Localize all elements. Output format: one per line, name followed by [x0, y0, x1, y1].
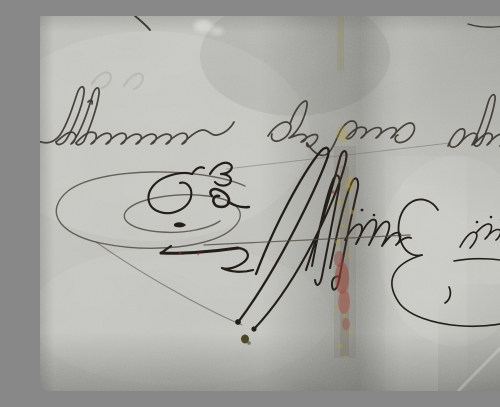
letter-photo-canvas: Close-up photograph of a creased grey-wh…: [40, 16, 500, 391]
red-artifact: [335, 262, 349, 294]
letter-photo: Close-up photograph of a creased grey-wh…: [40, 16, 500, 391]
ink-blot: [235, 319, 241, 325]
ink-blot: [251, 326, 256, 331]
